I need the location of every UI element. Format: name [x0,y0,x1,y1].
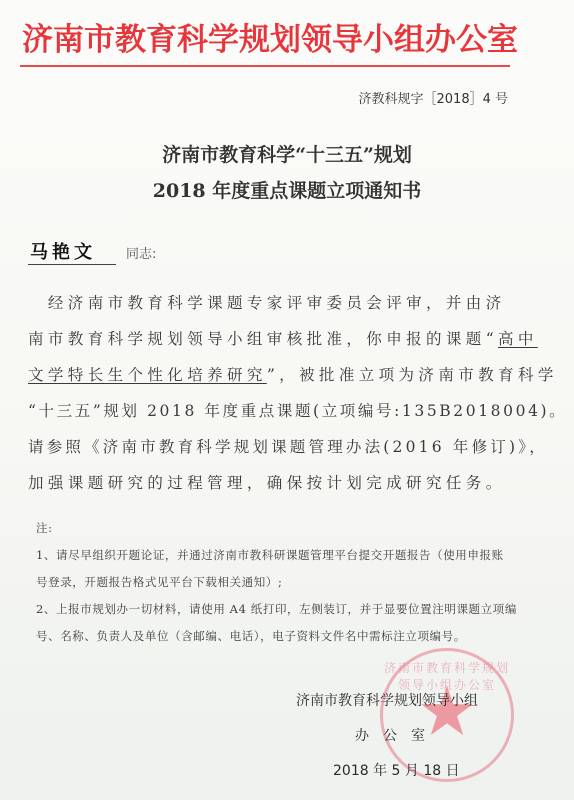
body-line-1: 经济南市教育科学课题专家评审委员会评审，并由济 [28,292,558,314]
org-letterhead-title: 济南市教育科学规划领导小组办公室 [22,22,562,58]
recipient-name: 马艳文 [28,242,116,265]
notice-title-line1: 济南市教育科学“十三五”规划 [0,141,574,169]
signature-org: 济南市教育科学规划领导小组 [296,690,478,710]
project-title-part1: 高中 [498,330,538,348]
note-item-1-line-2: 号登录，开题报告格式见平台下载相关通知）; [36,574,566,590]
body-line-4: “十三五”规划 2018 年度重点课题(立项编号:135B2018004)。 [28,400,558,422]
note-item-2-line-2: 号、名称、负责人及单位（含邮编、电话），电子资料文件名中需标注立项编号。 [36,628,566,644]
body-line-3-text: ”，被批准立项为济南市教育科学 [267,366,558,384]
note-item-2-line-1: 2、上报市规划办一切材料，请使用 A4 纸打印，左侧装订，并于显要位置注明课题立… [36,601,566,617]
document-page: 济南市教育科学规划领导小组办公室 济教科规字［2018］4 号 济南市教育科学“… [0,0,574,800]
salutation-suffix: 同志: [126,243,156,262]
signature-office: 办 公 室 [355,725,425,745]
body-line-6: 加强课题研究的过程管理，确保按计划完成研究任务。 [28,472,558,494]
letterhead-red-rule [20,65,510,67]
salutation: 马艳文同志: [28,242,156,266]
document-number: 济教科规字［2018］4 号 [359,88,509,107]
body-line-2-text: 南市教育科学规划领导小组审核批准，你申报的课题“ [28,330,498,348]
notice-title-line2: 2018 年度重点课题立项通知书 [0,177,574,205]
project-title-part2: 文学特长生个性化培养研究 [28,366,267,384]
body-line-5: 请参照《济南市教育科学规划课题管理办法(2016 年修订)》， [28,436,558,458]
note-item-1-line-1: 1、请尽早组织开题论证，并通过济南市教科研课题管理平台提交开题报告（使用申报账 [36,547,566,563]
body-line-3: 文学特长生个性化培养研究”，被批准立项为济南市教育科学 [28,364,558,386]
notes-heading: 注: [36,520,566,536]
signature-date: 2018 年 5 月 18 日 [333,760,460,780]
body-line-2: 南市教育科学规划领导小组审核批准，你申报的课题“高中 [28,328,558,350]
